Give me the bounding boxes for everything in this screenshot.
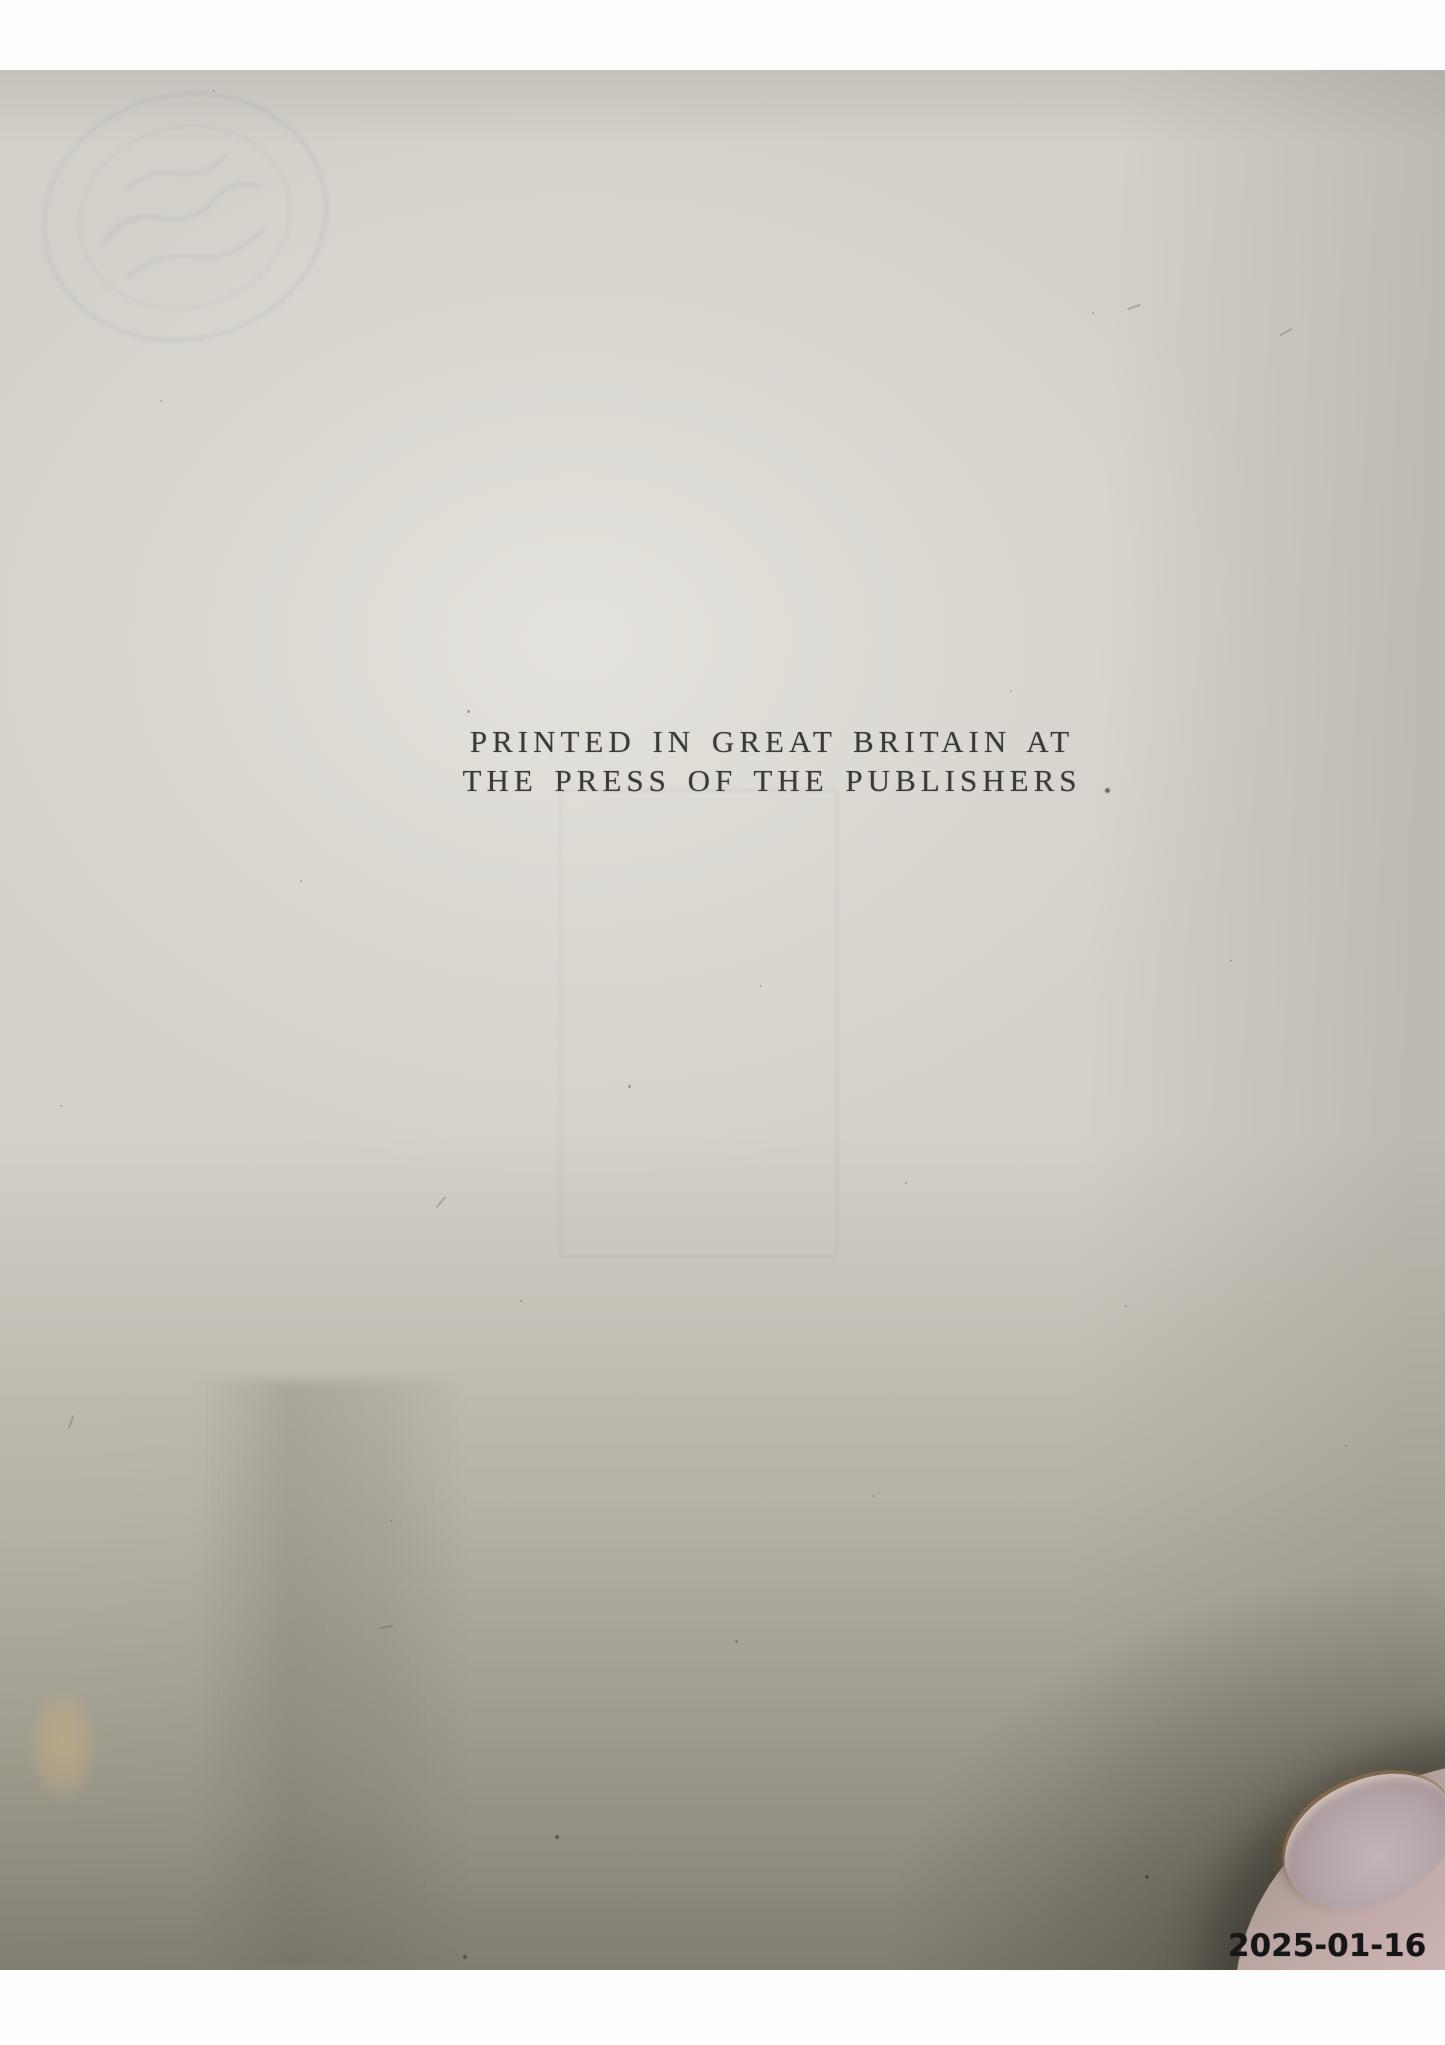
paper-speck xyxy=(467,710,470,713)
foxing-stain xyxy=(18,1670,108,1820)
paper-fibre xyxy=(436,1196,447,1208)
paper-speck xyxy=(872,1495,874,1497)
imprint-line-1: PRINTED IN GREAT BRITAIN AT xyxy=(402,722,1142,761)
library-stamp xyxy=(0,70,370,395)
paper-speck xyxy=(160,400,162,402)
paper-speck xyxy=(520,1300,522,1302)
paper-speck xyxy=(1092,312,1094,314)
showthrough-rectangle xyxy=(560,790,837,1257)
fold-shadow xyxy=(195,1380,465,1970)
paper-speck xyxy=(1010,690,1012,692)
paper-speck xyxy=(1345,1445,1347,1447)
paper-speck xyxy=(463,1955,467,1959)
paper-speck xyxy=(1125,1305,1127,1307)
paper-speck xyxy=(760,985,762,987)
paper-speck xyxy=(1145,1875,1149,1879)
fingernail xyxy=(1263,1746,1445,1936)
date-stamp: 2025-01-16 xyxy=(1228,1928,1426,1964)
paper-fibre xyxy=(68,1415,75,1429)
paper-speck xyxy=(390,1520,392,1522)
paper-speck xyxy=(1230,960,1232,962)
library-stamp-graphic xyxy=(0,70,370,395)
paper-speck xyxy=(300,880,302,882)
book-page-photo: PRINTED IN GREAT BRITAIN AT THE PRESS OF… xyxy=(0,70,1445,1970)
paper-speck xyxy=(628,1085,631,1088)
paper-speck xyxy=(735,1640,738,1643)
paper-speck xyxy=(555,1835,559,1839)
printer-imprint: PRINTED IN GREAT BRITAIN AT THE PRESS OF… xyxy=(402,722,1142,800)
paper-speck xyxy=(60,1105,62,1107)
paper-fibre xyxy=(1279,328,1292,337)
ink-dot xyxy=(1105,788,1110,793)
paper-fibre xyxy=(1127,304,1141,311)
paper-speck xyxy=(213,90,215,92)
paper-speck xyxy=(905,1182,907,1184)
